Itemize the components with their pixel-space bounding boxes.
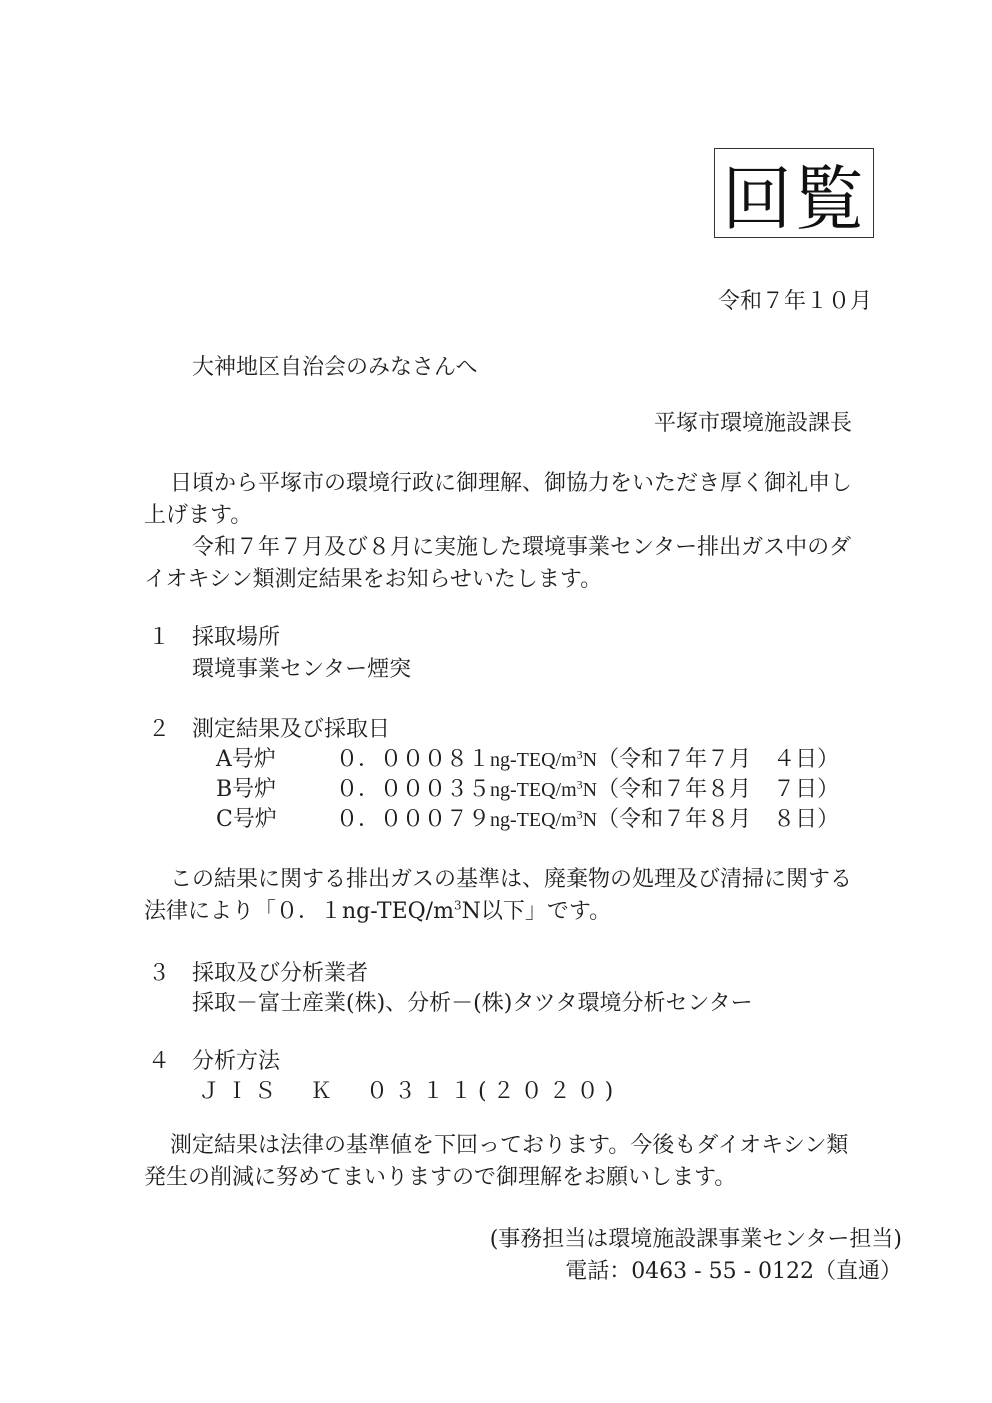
section-title: 分析方法 bbox=[192, 1046, 280, 1078]
analysis-method: ＪＩＳ Ｋ ０３１１(２０２０) bbox=[198, 1076, 619, 1108]
section-title: 測定結果及び採取日 bbox=[192, 714, 390, 746]
sampling-date: （令和７年８月 ８日） bbox=[597, 807, 839, 832]
sender: 平塚市環境施設課長 bbox=[654, 408, 852, 440]
closing-line: 発生の削減に努めてまいりますので御理解をお願いします。 bbox=[144, 1162, 736, 1194]
sampling-location: 環境事業センター煙突 bbox=[192, 654, 411, 686]
section-title: 採取場所 bbox=[192, 622, 280, 654]
intro-line: 上げます。 bbox=[144, 500, 252, 532]
intro-line: 令和７年７月及び８月に実施した環境事業センター排出ガス中のダ bbox=[192, 532, 851, 564]
intro-line: イオキシン類測定結果をお知らせいたします。 bbox=[144, 564, 602, 596]
section-number: ３ bbox=[148, 958, 170, 990]
contractors: 採取－富士産業(株)、分析－(株)タツタ環境分析センター bbox=[192, 988, 753, 1020]
result-row: B号炉０．０００３５ng-TEQ/m3N（令和７年８月 ７日） bbox=[216, 774, 839, 806]
circulation-stamp: 回覧 bbox=[714, 148, 874, 238]
furnace-name: A号炉 bbox=[216, 744, 336, 776]
addressee: 大神地区自治会のみなさんへ bbox=[192, 352, 478, 384]
furnace-name: C号炉 bbox=[216, 804, 336, 836]
result-unit: ng-TEQ/m3N bbox=[490, 749, 597, 771]
sampling-date: （令和７年８月 ７日） bbox=[597, 777, 839, 802]
contact-office: (事務担当は環境施設課事業センター担当) bbox=[490, 1224, 902, 1256]
result-row: C号炉０．０００７９ng-TEQ/m3N（令和７年８月 ８日） bbox=[216, 804, 839, 836]
result-unit: ng-TEQ/m3N bbox=[490, 809, 597, 831]
result-row: A号炉０．０００８１ng-TEQ/m3N（令和７年７月 ４日） bbox=[216, 744, 839, 776]
result-value: ０．０００８１ bbox=[336, 747, 490, 772]
section-title: 採取及び分析業者 bbox=[192, 958, 368, 990]
section-number: ４ bbox=[148, 1046, 170, 1078]
result-unit: ng-TEQ/m3N bbox=[490, 779, 597, 801]
standard-line: 法律により「０．１ng-TEQ/m3N以下」です。 bbox=[144, 896, 611, 928]
section-number: ２ bbox=[148, 714, 170, 746]
result-value: ０．０００３５ bbox=[336, 777, 490, 802]
intro-line: 日頃から平塚市の環境行政に御理解、御協力をいただき厚く御礼申し bbox=[170, 468, 852, 500]
section-number: １ bbox=[148, 622, 170, 654]
standard-line: この結果に関する排出ガスの基準は、廃棄物の処理及び清掃に関する bbox=[170, 864, 852, 896]
closing-line: 測定結果は法律の基準値を下回っております。今後もダイオキシン類 bbox=[170, 1130, 848, 1162]
result-value: ０．０００７９ bbox=[336, 807, 490, 832]
contact-phone: 電話：0463 - 55 - 0122（直通） bbox=[565, 1256, 902, 1288]
document-date: 令和７年１０月 bbox=[718, 286, 872, 318]
sampling-date: （令和７年７月 ４日） bbox=[597, 747, 839, 772]
furnace-name: B号炉 bbox=[216, 774, 336, 806]
